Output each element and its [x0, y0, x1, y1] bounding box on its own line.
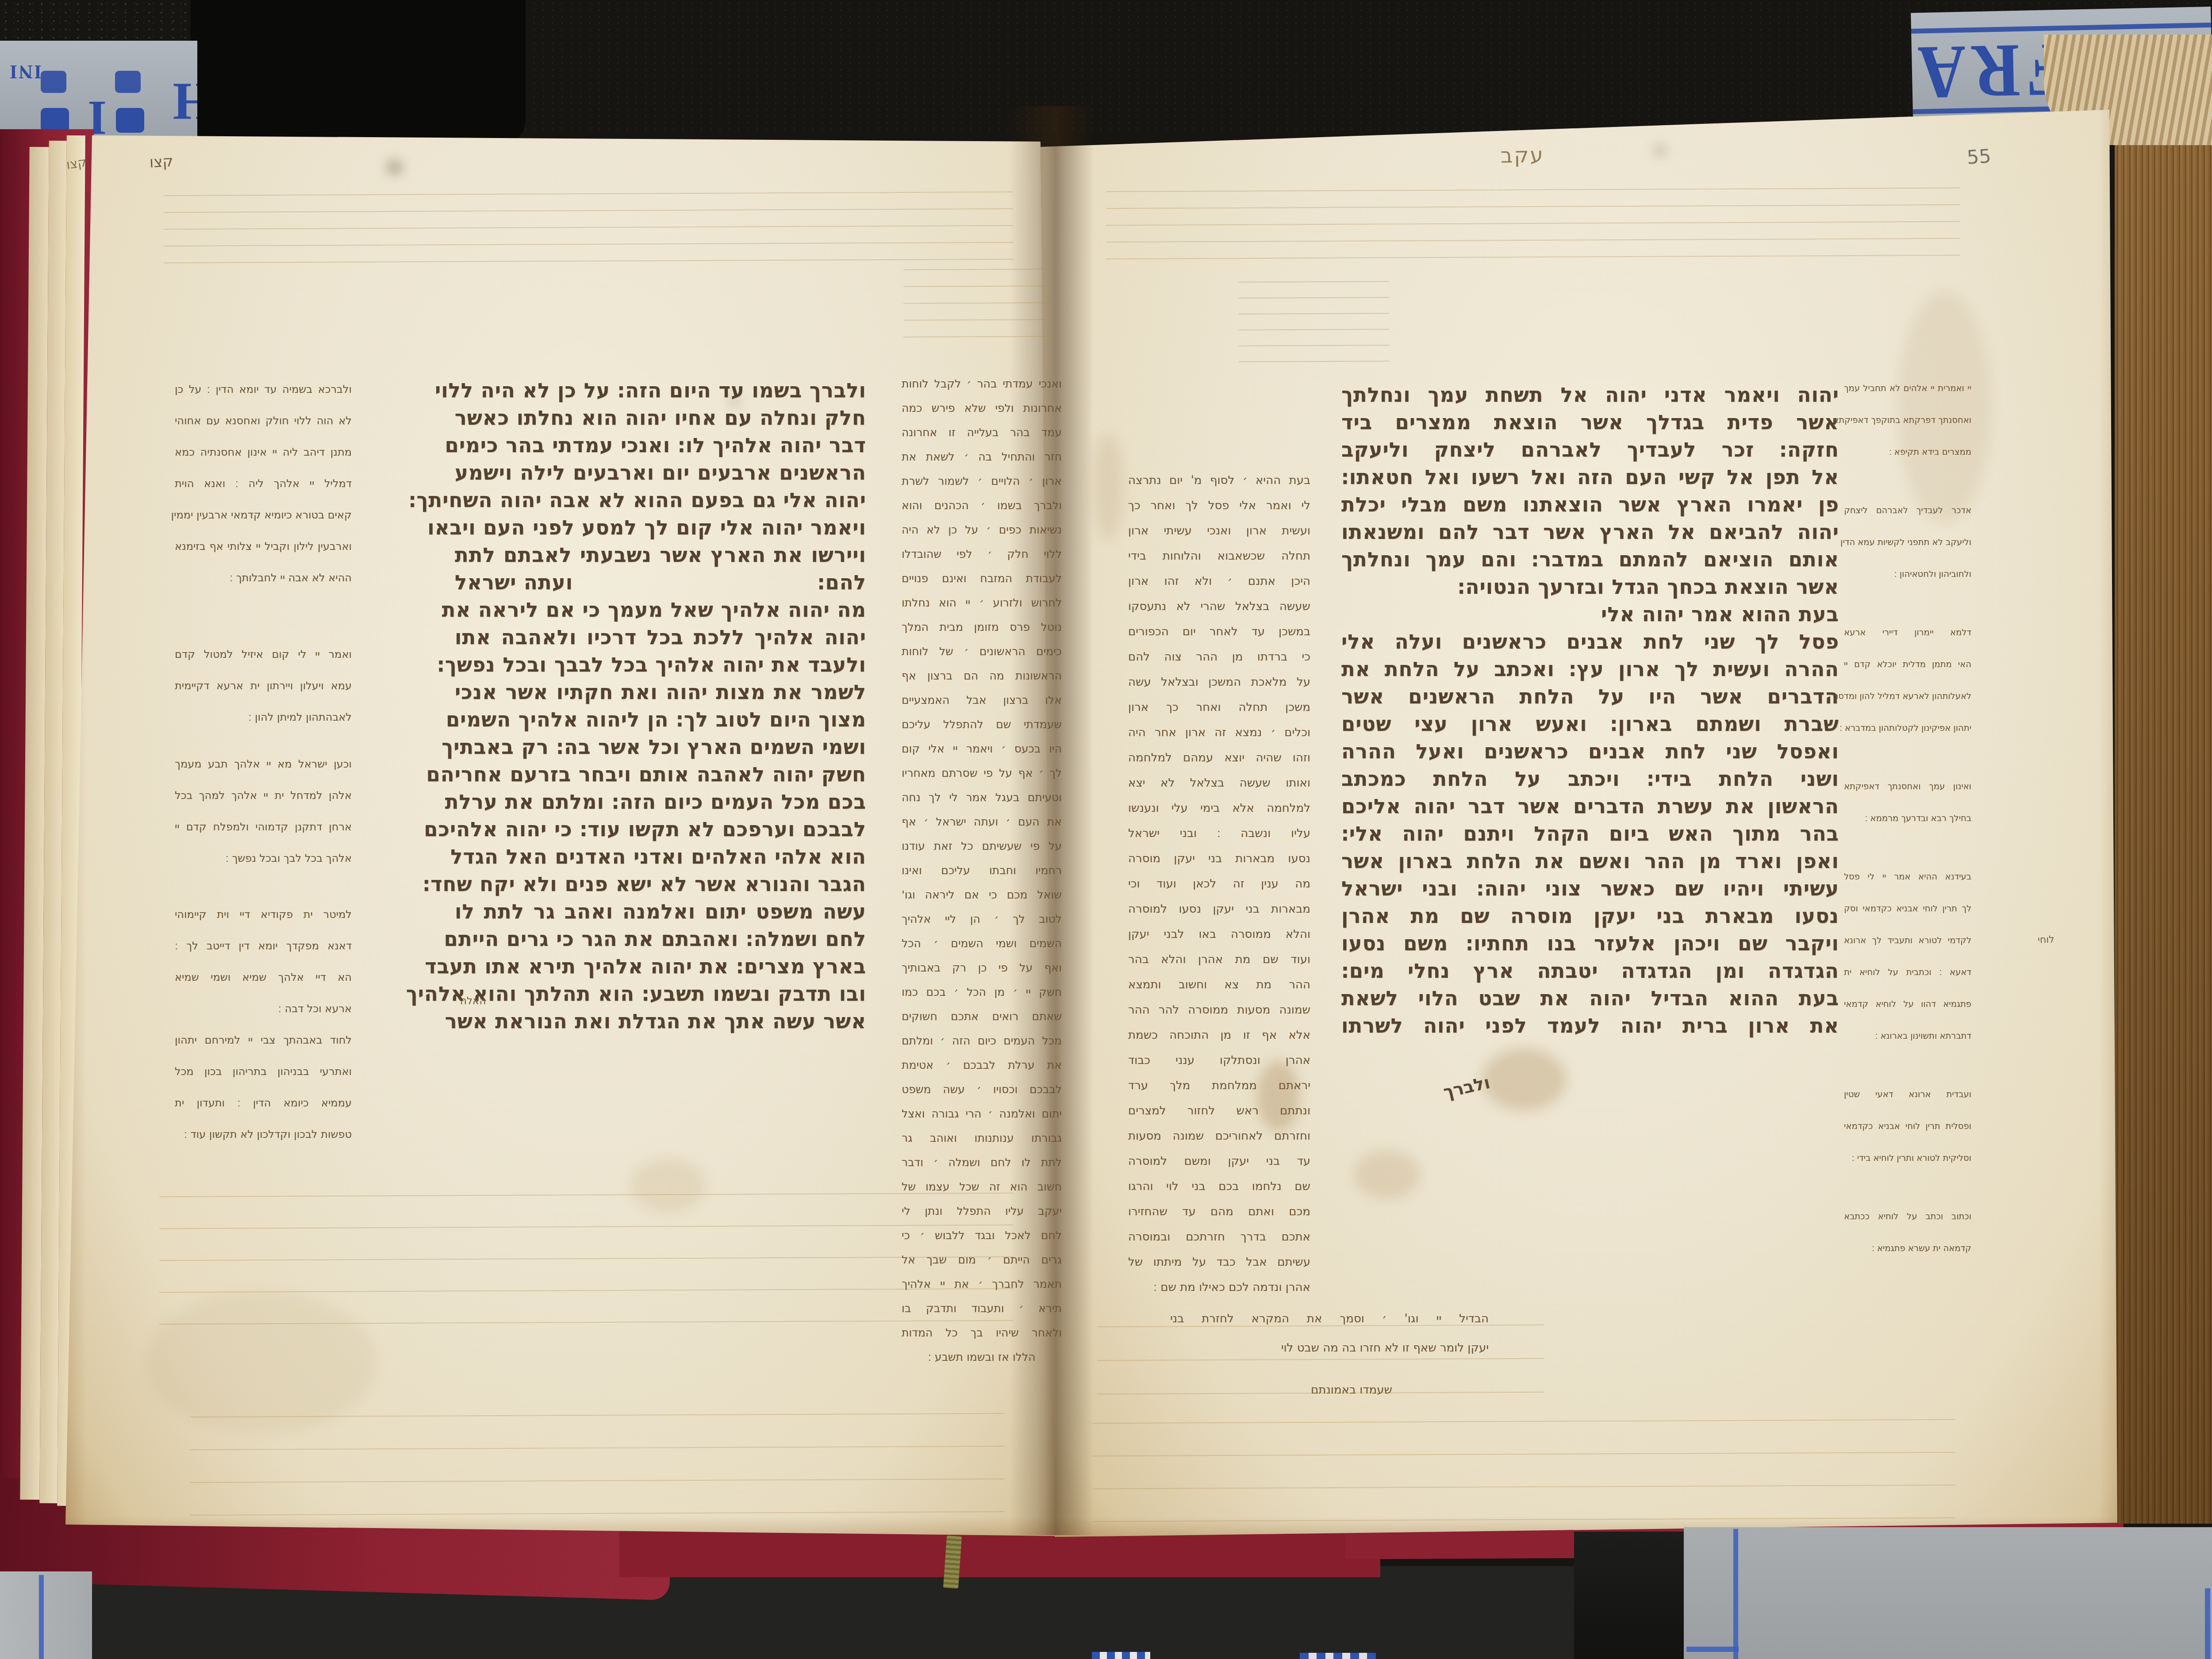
- text-line: נסעו מבארות בני יעקן מוסרה: [1128, 846, 1310, 872]
- text-line: ויאמר יהוה אלי קום לך למסע לפני העם ויבא…: [455, 514, 866, 541]
- blue-grid-line: [1733, 1529, 1738, 1659]
- fore-edge-stack: [2115, 38, 2212, 1524]
- parchment-stain: [1482, 1048, 1566, 1110]
- text-line: לקדמי לטורא ותעביד לך ארונא: [1844, 925, 1971, 956]
- right-rashi-column: בעת ההיא ׳ לסוף מ' יום נתרצהלי ואמר אלי …: [1128, 468, 1310, 1300]
- text-line: וארבעין לילון וקביל יי צלותי אף בזימנא: [175, 531, 352, 562]
- parchment-stain: [1655, 146, 1665, 155]
- right-rashi-wide-lines: הבדיל יי וגו' ׳ וסמך את המקרא לחזרת בניי…: [1170, 1304, 1489, 1363]
- text-line: פן יאמרו הארץ אשר הוצאתנו משם מבלי יכלת: [1341, 491, 1839, 518]
- text-line: חזקה׃ זכר לעבדיך לאברהם ליצחק וליעקב: [1341, 436, 1839, 464]
- text-line: ואפסל שני לחת אבנים כראשנים ואעל ההרה: [1341, 738, 1839, 765]
- right-margin-gloss: לוחי: [2038, 934, 2055, 945]
- text-line: שואל מכם כי אם ליראה וגו': [902, 883, 1062, 907]
- text-line: בעת ההוא הבדיל יהוה את שבט הלוי לשאת: [1341, 985, 1839, 1012]
- folio-mark: קצו: [149, 153, 174, 172]
- text-line: אשר הוצאת בכחך הגדל ובזרעך הנטויה׃: [1341, 573, 1839, 601]
- text-line: שאתם רואים אתכם חשוקים: [902, 1004, 1062, 1029]
- text-line: וטעיתם בעגל אמר לי לך נחה: [902, 785, 1062, 810]
- right-rashi-last-line: שעמדו באמונתם: [1279, 1377, 1425, 1403]
- text-line: דלמא יימרון דיירי ארעא: [1844, 617, 1971, 649]
- text-line: עשיתם אבל כבד על מיתתו של: [1128, 1250, 1310, 1275]
- text-line: אלא אף זו מן התוכחה כשמת: [1128, 1023, 1310, 1048]
- text-line: בכם מכל העמים כיום הזה׃ ומלתם את ערלת: [455, 788, 866, 816]
- text-line: אהרן ונדמה לכם כאילו מת שם ׃: [1128, 1275, 1310, 1300]
- manuscript-photo: H I INI TIC FRAM קצו קצו: [0, 0, 2212, 1659]
- text-line: לך תרין לוחי אבניא כקדמאי וסק: [1844, 893, 1971, 925]
- text-line: על פי שעשיתם כל זאת עודנו: [902, 834, 1062, 858]
- text-line: אחרונות ולפי שלא פירש כמה: [902, 396, 1062, 420]
- text-line: ללוי חלק ׳ לפי שהובדלו: [902, 542, 1062, 566]
- text-line: ולברכא בשמיה עד יומא הדין ׃ על כן: [175, 374, 352, 405]
- text-line: לשמר את מצות יהוה ואת חקתיו אשר אנכי: [455, 679, 866, 706]
- calibration-square: [116, 108, 144, 133]
- text-line: למלחמה אלא בימי עלי ונענשו: [1128, 796, 1310, 821]
- calibration-letter-partial: H: [173, 71, 197, 132]
- text-line: שעמדו באמונתם: [1279, 1377, 1425, 1403]
- text-line: קדמאה ית עשרא פתגמיא ׃: [1844, 1233, 1971, 1264]
- text-line: יהוה אלהיך ללכת בכל דרכיו ולאהבה אתו: [455, 624, 866, 651]
- text-line: נשיאות כפים ׳ על כן לא היה: [902, 518, 1062, 542]
- right-targum-block-5: בעידנא ההיא אמר יי לי פסללך תרין לוחי אב…: [1844, 861, 1971, 1052]
- right-targum-block-6: ועבדית ארונא דאעי שטיןופסלית תרין לוחי א…: [1844, 1079, 1971, 1174]
- text-line: עשיתי ויהיו שם כאשר צוני יהוה׃ ובני ישרא…: [1341, 875, 1839, 902]
- text-line: דאעא ׃ וכתבית על לוחיא ית: [1844, 956, 1971, 988]
- text-line: מכל העמים כיום הזה ׳ ומלתם: [902, 1029, 1062, 1053]
- parchment-stain: [1354, 1150, 1420, 1199]
- text-line: חזר והתחיל בה ׳ לשאת את: [902, 445, 1062, 469]
- text-line: ואפן וארד מן ההר ואשם את הלחת בארון אשר: [1341, 848, 1839, 875]
- text-line: לטוב לך ׳ הן ליי אלהיך: [902, 907, 1062, 931]
- parchment-stain: [730, 397, 739, 405]
- text-line: שעשה בצלאל שהרי לא נתעסקו: [1128, 594, 1310, 619]
- text-line: הראשון את עשרת הדברים אשר דבר יהוה אליכם: [1341, 793, 1839, 820]
- text-line: לאבהתהון למיתן להון ׃: [175, 702, 352, 733]
- calibration-square: [115, 71, 141, 93]
- text-line: וכען ישראל מא יי אלהך תבע מעמך: [175, 749, 352, 780]
- text-line: לך ׳ אף על פי שסרתם מאחריו: [902, 761, 1062, 785]
- color-bar-sliver: [1300, 1653, 1376, 1659]
- text-line: את ארון ברית יהוה לעמד לפני יהוה לשרתו: [1341, 1012, 1839, 1040]
- text-line: ועוד שם מת אהרן והלא בהר: [1128, 947, 1310, 972]
- text-line: בעידנא ההיא אמר יי לי פסל: [1844, 861, 1971, 893]
- text-line: וזהו שהיה יוצא עמהם למלחמה: [1128, 745, 1310, 771]
- text-line: ולברך בשמו עד היום הזה׃ על כן לא היה ללו…: [455, 377, 866, 404]
- color-bar-sliver: [1092, 1652, 1150, 1659]
- text-line: הגבר והנורא אשר לא ישא פנים ולא יקח שחד׃: [455, 871, 866, 898]
- text-line: דתברתא ותשוינון בארונא ׃: [1844, 1020, 1971, 1052]
- left-targum-block-3: וכען ישראל מא יי אלהך תבע מעמךאלהן למדחל…: [175, 749, 352, 874]
- text-line: ואותו שעשה בצלאל לא יצא: [1128, 771, 1310, 796]
- text-line: עשה משפט יתום ואלמנה ואהב גר לתת לו: [455, 898, 866, 926]
- text-line: במשכן עד לאחר יום הכפורים: [1128, 619, 1310, 645]
- text-line: אתכם בדרך חזרתכם ובמוסרה: [1128, 1225, 1310, 1250]
- text-line: ועשית ארון ואנכי עשיתי ארון: [1128, 518, 1310, 544]
- calibration-text: INI: [8, 61, 42, 83]
- text-line: את ערלת לבבכם ׳ אטימת: [902, 1053, 1062, 1077]
- text-line: נסעו מבארת בני יעקן מוסרה שם מת אהרן: [1341, 902, 1839, 930]
- text-line: ואף על פי כן רק באבותיך: [902, 956, 1062, 980]
- text-line: מצוך היום לטוב לך׃ הן ליהוה אלהיך השמים: [455, 706, 866, 733]
- text-line: ובו תדבק ובשמו תשבע׃ הוא תהלתך והוא אלהי…: [455, 980, 866, 1008]
- parchment-stain: [388, 162, 401, 173]
- blue-grid-line: [2205, 1588, 2210, 1659]
- text-line: אשר פדית בגדלך אשר הוצאת ממצרים ביד: [1341, 409, 1839, 436]
- text-line: אשר עשה אתך את הגדלת ואת הנוראת אשר: [455, 1008, 866, 1035]
- text-line: היו בכעס ׳ ויאמר יי אלי קום: [902, 737, 1062, 761]
- text-line: אלהך בכל לבך ובכל נפשך ׃: [175, 843, 352, 874]
- text-line: ההרה ועשית לך ארון עץ׃ ואכתב על הלחת את: [1341, 656, 1839, 683]
- text-line: הראשונות מה הם ברצון אף: [902, 664, 1062, 688]
- text-line: ושמי השמים הארץ וכל אשר בה׃ רק באבתיך: [455, 733, 866, 761]
- text-line: תאמר לחברך ׳ את יי אלהיך: [902, 1272, 1062, 1296]
- text-line: בחילך רבא ובדרעך מרממא ׃: [1844, 803, 1971, 834]
- left-targum-block-4: למיטר ית פקודיא דיי וית קיימוהידאנא מפקד…: [175, 899, 352, 1150]
- text-line: עממיא כיומא הדין ׃ ותעדון ית: [175, 1087, 352, 1119]
- text-line: יעקב עליו התפלל ונתן לי: [902, 1199, 1062, 1223]
- text-line: מה ענין זה לכאן ועוד וכי: [1128, 872, 1310, 897]
- text-line: אלו ברצון אבל האמצעיים: [902, 688, 1062, 712]
- right-targum-block-4: ואינון עמך ואחסנתך דאפיקתאבחילך רבא ובדר…: [1844, 771, 1971, 834]
- text-line: שעמדתי שם להתפלל עליכם: [902, 712, 1062, 737]
- text-line: השמים ושמי השמים ׳ הכל: [902, 931, 1062, 956]
- text-line: ולברך בשמו ׳ הכהנים והוא: [902, 493, 1062, 518]
- parchment-stain: [1093, 434, 1124, 540]
- text-line: לאעלותהון לארעא דמליל להון ומדסני: [1844, 680, 1971, 712]
- red-cover-bottom: [619, 1531, 1380, 1577]
- text-line: יהוה ויאמר אדני יהוה אל תשחת עמך ונחלתך: [1341, 381, 1839, 409]
- text-line: ויקבר שם ויכהן אלעזר בנו תחתיו׃ משם נסעו: [1341, 930, 1839, 957]
- blue-grid-line: [39, 1575, 44, 1659]
- parchment-stain: [1257, 1061, 1299, 1132]
- right-targum-block-7: וכתוב וכתב על לוחיא ככתבאקדמאה ית עשרא פ…: [1844, 1201, 1971, 1264]
- text-line: וליעקב לא תתפני לקשיות עמא הדין: [1844, 526, 1971, 558]
- text-line: בעת ההוא אמר יהוה אלי: [1341, 601, 1839, 628]
- text-line: כי ברדתו מן ההר צוה להם: [1128, 645, 1310, 670]
- text-line: הראשנים ארבעים יום וארבעים לילה וישמע: [455, 459, 866, 487]
- text-line: יהוה אלי גם בפעם ההוא לא אבה יהוה השחיתך…: [455, 487, 866, 514]
- text-line: ושני הלחת בידי׃ ויכתב על הלחת כמכתב: [1341, 765, 1839, 793]
- text-line: אל תפן אל קשי העם הזה ואל רשעו ואל חטאתו…: [1341, 464, 1839, 491]
- left-margin-gloss: האלה: [460, 995, 486, 1007]
- text-line: והלא ממוסרה באו לבני יעקן: [1128, 922, 1310, 947]
- text-line: לחוד באבהתך צבי יי למירחם יתהון: [175, 1025, 352, 1056]
- text-line: יתהון אפיקינון לקטלותהון במדברא ׃: [1844, 712, 1971, 744]
- text-line: פסל לך שני לחת אבנים כראשנים ועלה אלי: [1341, 628, 1839, 656]
- text-line: עמד בהר בעלייה זו אחרונה: [902, 420, 1062, 445]
- text-line: חלק ונחלה עם אחיו יהוה הוא נחלתו כאשר: [455, 404, 866, 432]
- text-line: ויירשו את הארץ אשר נשבעתי לאבתם לתת: [455, 541, 866, 569]
- calibration-square: [41, 71, 66, 93]
- text-line: דמליל יי אלהך ליה ׃ ואנא הוית: [175, 468, 352, 499]
- text-line: ארעא וכל דבה ׃: [175, 993, 352, 1025]
- text-line: מתנן דיהב ליה יי אינון אחסנתיה כמא: [175, 437, 352, 468]
- text-line: גרים הייתם ׳ מום שבך אל: [902, 1248, 1062, 1272]
- text-line: היכן אתנם ׳ ולא זהו ארון: [1128, 569, 1310, 594]
- folio-mark-underleaf: קצו: [65, 154, 88, 172]
- text-line: ולאחר שיהיו בך כל המדות: [902, 1321, 1062, 1345]
- text-line: לחם לאכל ובגד ללבוש ׳ כי: [902, 1223, 1062, 1248]
- text-line: הא דיי אלהך שמיא ושמי שמיא: [175, 962, 352, 993]
- text-line: שברת ושמתם בארון׃ ואעש ארון עצי שטים: [1341, 710, 1839, 738]
- text-line: וכלים ׳ נמצא זה ארון אחר היה: [1128, 720, 1310, 745]
- text-line: הללו אז ובשמו תשבע ׃: [902, 1345, 1062, 1369]
- text-line: לעבודת המזבח ואינם פנויים: [902, 566, 1062, 591]
- text-line: רחמיו וחבתו עליכם ואינו: [902, 858, 1062, 883]
- text-line: שמונה מסעות ממוסרה להר ההר: [1128, 998, 1310, 1023]
- left-main-text: ולברך בשמו עד היום הזה׃ על כן לא היה ללו…: [455, 377, 866, 1035]
- text-line: לי ואמר אלי פסל לך ואחר כך: [1128, 493, 1310, 518]
- text-line: מבארות בני יעקן נסעו למוסרה: [1128, 897, 1310, 922]
- text-line: כימים הראשונים ׳ של לוחות: [902, 639, 1062, 664]
- text-line: דאנא מפקדך יומא דין דייטב לך ׃: [175, 930, 352, 962]
- text-line: את העם ׳ ועתה ישראל ׳ אף: [902, 810, 1062, 834]
- text-line: וכתוב וכתב על לוחיא ככתבא: [1844, 1201, 1971, 1233]
- text-line: ואנכי עמדתי בהר ׳ לקבל לוחות: [902, 372, 1062, 396]
- text-line: בהר מתוך האש ביום הקהל ויתנם יהוה אלי׃: [1341, 820, 1839, 848]
- parchment-stain: [630, 1159, 706, 1212]
- text-line: וסליקית לטורא ותרין לוחיא בידי ׃: [1844, 1142, 1971, 1174]
- text-line: הוא אלהי האלהים ואדני האדנים האל הגדל: [455, 843, 866, 871]
- left-targum-block-2: ואמר יי לי קום איזיל למטול קדםעמא ויעלון…: [175, 639, 352, 733]
- text-line: הגדגדה ומן הגדגדה יטבתה ארץ נחלי מים׃: [1341, 957, 1839, 985]
- text-line: על מלאכת המשכן ובצלאל עשה: [1128, 670, 1310, 695]
- text-line: לבבכם וערפכם לא תקשו עוד׃ כי יהוה אלהיכם: [455, 816, 866, 843]
- text-line: ההר מת צא וחשוב ותמצא: [1128, 972, 1310, 998]
- gray-mat-bottom-right: [1684, 1527, 2212, 1659]
- parchment-stain: [1898, 292, 1991, 522]
- text-line: ארחן דתקנן קדמוהי ולמפלח קדם יי: [175, 811, 352, 843]
- text-line: ולחוביהון ולחטאיהון ׃: [1844, 558, 1971, 590]
- text-line: ארון ׳ הלויים ׳ לשמור לשרת: [902, 469, 1062, 493]
- text-line: ועבדית ארונא דאעי שטין: [1844, 1079, 1971, 1110]
- text-line: ופסלית תרין לוחי אבניא כקדמאי: [1844, 1110, 1971, 1142]
- text-line: אותם הוציאם להמתם במדבר׃ והם עמך ונחלתך: [1341, 546, 1839, 573]
- text-line: טפשות לבכון וקדלכון לא תקשון עוד ׃: [175, 1119, 352, 1150]
- text-line: להם׃ועתה ישראל: [455, 569, 866, 596]
- text-line: ואמר יי לי קום איזיל למטול קדם: [175, 639, 352, 670]
- text-line: למיטר ית פקודיא דיי וית קיימוהי: [175, 899, 352, 930]
- text-line: ולעבד את יהוה אלהיך בכל לבבך ובכל נפשך׃: [455, 651, 866, 679]
- parashah-header: עקב: [1501, 143, 1545, 168]
- gray-mat-bottom-left: [0, 1571, 92, 1659]
- black-strap: [1574, 1532, 1685, 1659]
- text-line: אלהן למדחל ית יי אלהך למהך בכל: [175, 780, 352, 811]
- text-line: הבדיל יי וגו' ׳ וסמך את המקרא לחזרת בני: [1170, 1304, 1489, 1333]
- text-line: חשק יהוה לאהבה אותם ויבחר בזרעם אחריהם: [455, 761, 866, 788]
- text-line: ואתרעי בבניהון בתריהון בכון מכל: [175, 1056, 352, 1087]
- text-line: מכם ואתם מהם עד שהחזירו: [1128, 1199, 1310, 1225]
- text-line: תירא ׳ ותעבוד ותדבק בו: [902, 1296, 1062, 1321]
- text-line: שם נלחמו בכם בני לוי והרגו: [1128, 1174, 1310, 1199]
- text-line: חשוב הוא זה שכל עצמו של: [902, 1175, 1062, 1199]
- folio-number-pencil: 55: [1966, 145, 1992, 169]
- text-line: ואינון עמך ואחסנתך דאפיקתא: [1844, 771, 1971, 803]
- text-line: יהוה להביאם אל הארץ אשר דבר להם ומשנאתו: [1341, 518, 1839, 546]
- text-line: גבורתו ענותנותו ואוהב גר: [902, 1126, 1062, 1150]
- text-line: עמא ויעלון ויירתון ית ארעא דקיימית: [175, 670, 352, 702]
- text-line: לא הוה ללוי חולק ואחסנא עם אחוהי: [175, 405, 352, 437]
- right-main-text: יהוה ויאמר אדני יהוה אל תשחת עמך ונחלתךא…: [1341, 381, 1839, 1040]
- text-line: קאים בטורא כיומיא קדמאי ארבעין יממין: [175, 499, 352, 531]
- text-line: האי מתמן מדלית יוכלא קדם יי: [1844, 649, 1971, 680]
- text-line: משכן תחלה ואחר כך ארון: [1128, 695, 1310, 720]
- text-line: בעת ההיא ׳ לסוף מ' יום נתרצה: [1128, 468, 1310, 493]
- text-line: לחם ושמלה׃ ואהבתם את הגר כי גרים הייתם: [455, 926, 866, 953]
- text-line: לחרוש ולזרוע ׳ יי הוא נחלתו: [902, 591, 1062, 615]
- blue-grid-line: [1686, 1647, 1739, 1652]
- text-line: נוטל פרס מזומן מבית המלך: [902, 615, 1062, 639]
- text-line: עליו ונשבה ׃ ובני ישראל: [1128, 821, 1310, 846]
- text-line: מה יהוה אלהיך שאל מעמך כי אם ליראה את: [455, 596, 866, 624]
- text-line: חשק יי ׳ מן הכל ׳ בכם כמו: [902, 980, 1062, 1004]
- left-targum-block-1: ולברכא בשמיה עד יומא הדין ׃ על כןלא הוה …: [175, 374, 352, 594]
- text-line: יתום ואלמנה ׳ הרי גבורה ואצל: [902, 1102, 1062, 1126]
- left-rashi-column: ואנכי עמדתי בהר ׳ לקבל לוחותאחרונות ולפי…: [902, 372, 1062, 1369]
- text-line: הדברים אשר היו על הלחת הראשנים אשר: [1341, 683, 1839, 710]
- text-line: דבר יהוה אלהיך לו׃ ואנכי עמדתי בהר כימים: [455, 432, 866, 459]
- black-tape-patch: [190, 0, 526, 146]
- text-line: ההיא לא אבה יי לחבלותך ׃: [175, 562, 352, 594]
- text-line: בארץ מצרים׃ את יהוה אלהיך תירא אתו תעבד: [455, 953, 866, 980]
- text-line: לבבכם וכסויו ׳ עשה משפט: [902, 1077, 1062, 1102]
- text-line: לתת לו לחם ושמלה ׳ ודבר: [902, 1150, 1062, 1175]
- parchment-stain: [146, 1292, 376, 1433]
- text-line: עד בני יעקן ומשם למוסרה: [1128, 1149, 1310, 1174]
- text-line: תחלה שכשאבוא והלוחות בידי: [1128, 544, 1310, 569]
- right-targum-block-3: דלמא יימרון דיירי ארעאהאי מתמן מדלית יוכ…: [1844, 617, 1971, 744]
- text-line: פתגמיא דהוו על לוחיא קדמאי: [1844, 988, 1971, 1020]
